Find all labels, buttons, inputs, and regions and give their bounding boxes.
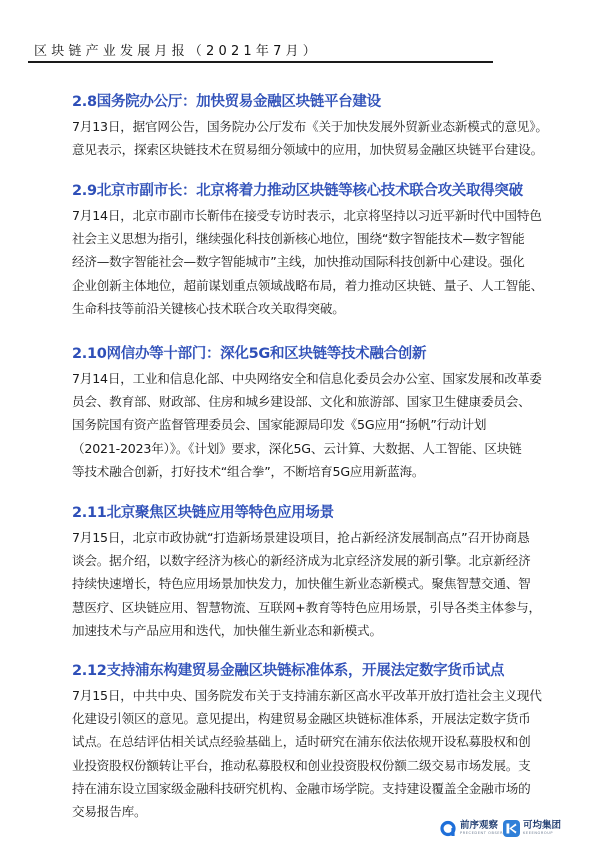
body-line: 国务院国有资产监督管理委员会、国家能源局印发《5G应用“扬帆”行动计划	[72, 413, 562, 436]
header-divider	[28, 61, 493, 63]
body-line: 谈会。据介绍，以数字经济为核心的新经济成为北京经济发展的新引擎。北京新经济	[72, 549, 562, 572]
body-line: 持在浦东设立国家级金融科技研究机构、金融市场学院。支持建设覆盖全金融市场的	[72, 777, 562, 800]
body-line: 经济—数字智能社会—数字智能城市”主线，加快推动国际科技创新中心建设。强化	[72, 250, 562, 273]
body-line: 7月13日，据官网公告，国务院办公厅发布《关于加快发展外贸新业态新模式的意见》。	[72, 115, 562, 138]
body-line: 生命科技等前沿关键核心技术联合攻关取得突破。	[72, 297, 562, 320]
body-line: 试点。在总结评估相关试点经验基础上，适时研究在浦东依法依规开设私募股权和创	[72, 730, 562, 753]
section-body: 7月13日，据官网公告，国务院办公厅发布《关于加快发展外贸新业态新模式的意见》。…	[72, 115, 562, 161]
body-line: 业投资股权份额转让平台，推动私募股权和创业投资股权份额二级交易市场发展。支	[72, 754, 562, 777]
body-line: 员会、教育部、财政部、住房和城乡建设部、文化和旅游部、国家卫生健康委员会、	[72, 390, 562, 413]
section-body: 7月14日，工业和信息化部、中央网络安全和信息化委员会办公室、国家发展和改革委 …	[72, 367, 562, 483]
section-body: 7月14日，北京市副市长靳伟在接受专访时表示，北京将坚持以习近平新时代中国特色 …	[72, 204, 562, 320]
section-title: 2.10网信办等十部门：深化5G和区块链等技术融合创新	[72, 344, 562, 364]
report-header-title: 区块链产业发展月报（2021年7月）	[34, 40, 320, 59]
body-line: 等技术融合创新，打好技术“组合拳”，不断培育5G应用新蓝海。	[72, 460, 562, 483]
body-line: 意见表示，探索区块链技术在贸易细分领域中的应用，加快贸易金融区块链平台建设。	[72, 138, 562, 161]
section-body: 7月15日，中共中央、国务院发布关于支持浦东新区高水平改革开放打造社会主义现代 …	[72, 684, 562, 823]
body-line: 7月14日，工业和信息化部、中央网络安全和信息化委员会办公室、国家发展和改革委	[72, 367, 562, 390]
section-title: 2.8国务院办公厅：加快贸易金融区块链平台建设	[72, 92, 562, 112]
logo-name-en: KEEENGROUP	[523, 832, 561, 836]
section-2-10: 2.10网信办等十部门：深化5G和区块链等技术融合创新 7月14日，工业和信息化…	[72, 344, 562, 483]
body-line: 7月14日，北京市副市长靳伟在接受专访时表示，北京将坚持以习近平新时代中国特色	[72, 204, 562, 227]
k-logo-icon	[503, 820, 520, 837]
footer-logo-keen: 可均集团 KEEENGROUP	[503, 817, 561, 839]
body-line: 社会主义思想为指引，继续强化科技创新核心地位，围绕“数字智能技术—数字智能	[72, 227, 562, 250]
section-title: 2.11北京聚焦区块链应用等特色应用场景	[72, 503, 562, 523]
body-line: 企业创新主体地位，超前谋划重点领域战略布局，着力推动区块链、量子、人工智能、	[72, 274, 562, 297]
section-title: 2.9北京市副市长：北京将着力推动区块链等核心技术联合攻关取得突破	[72, 181, 562, 201]
body-line: 加速技术与产品应用和迭代，加快催生新业态和新模式。	[72, 619, 562, 642]
q-logo-icon	[440, 820, 457, 837]
section-2-8: 2.8国务院办公厅：加快贸易金融区块链平台建设 7月13日，据官网公告，国务院办…	[72, 92, 562, 161]
body-line: （2021-2023年）》。《计划》要求，深化5G、云计算、大数据、人工智能、区…	[72, 437, 562, 460]
body-line: 持续快速增长，特色应用场景加快发力，加快催生新业态新模式。聚焦智慧交通、智	[72, 572, 562, 595]
section-title: 2.12支持浦东构建贸易金融区块链标准体系，开展法定数字货币试点	[72, 661, 562, 681]
logo-name-cn: 可均集团	[523, 821, 561, 831]
body-line: 7月15日，北京市政协就“打造新场景建设项目，抢占新经济发展制高点”召开协商恳	[72, 526, 562, 549]
section-2-12: 2.12支持浦东构建贸易金融区块链标准体系，开展法定数字货币试点 7月15日，中…	[72, 661, 562, 823]
section-2-11: 2.11北京聚焦区块链应用等特色应用场景 7月15日，北京市政协就“打造新场景建…	[72, 503, 562, 642]
body-line: 7月15日，中共中央、国务院发布关于支持浦东新区高水平改革开放打造社会主义现代	[72, 684, 562, 707]
body-line: 化建设引领区的意见。意见提出，构建贸易金融区块链标准体系，开展法定数字货币	[72, 707, 562, 730]
section-body: 7月15日，北京市政协就“打造新场景建设项目，抢占新经济发展制高点”召开协商恳 …	[72, 526, 562, 642]
body-line: 慧医疗、区块链应用、智慧物流、互联网+教育等特色应用场景，引导各类主体参与，	[72, 596, 562, 619]
section-2-9: 2.9北京市副市长：北京将着力推动区块链等核心技术联合攻关取得突破 7月14日，…	[72, 181, 562, 320]
